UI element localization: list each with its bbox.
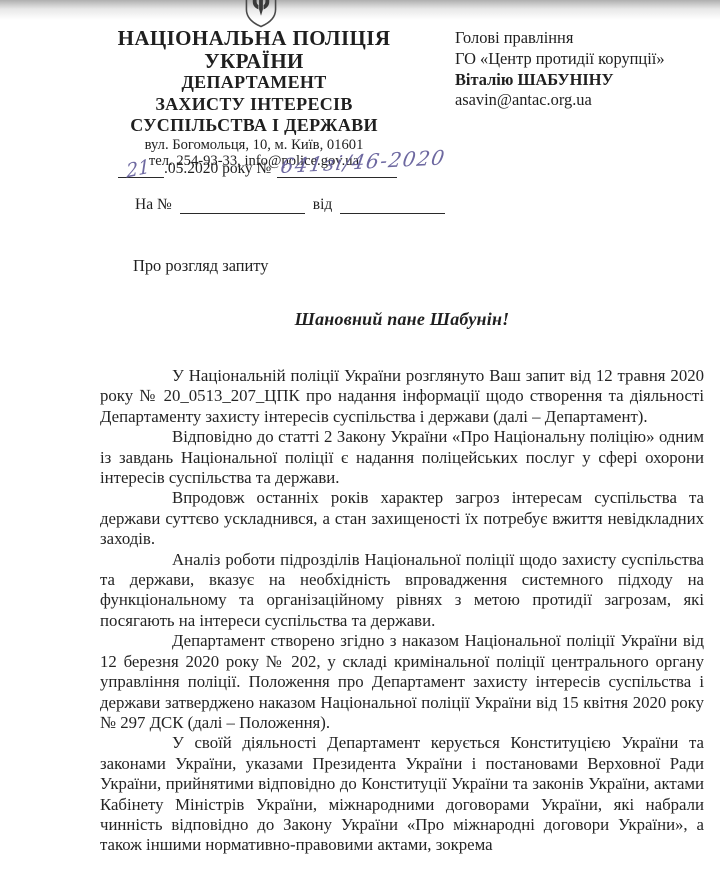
organization-header: НАЦІОНАЛЬНА ПОЛІЦІЯ УКРАЇНИ ДЕПАРТАМЕНТ … [88, 27, 420, 170]
recipient-organization: ГО «Центр протидії корупції» [455, 49, 705, 70]
recipient-email: asavin@antac.org.ua [455, 90, 705, 111]
na-label: На № [135, 196, 172, 213]
handwritten-day: 21 [126, 155, 150, 182]
reference-line: На №від [135, 196, 445, 214]
scan-top-shadow [0, 0, 720, 20]
org-title-line: НАЦІОНАЛЬНА ПОЛІЦІЯ [88, 27, 420, 50]
vid-label: від [313, 196, 333, 213]
letter-body: У Національній поліції України розглянут… [100, 366, 704, 856]
body-paragraph: Аналіз роботи підрозділів Національної п… [100, 550, 704, 632]
trident-shield-icon [242, 0, 280, 29]
recipient-block: Голові правління ГО «Центр протидії кору… [455, 28, 705, 111]
org-title-line: ДЕПАРТАМЕНТ [88, 72, 420, 94]
scanned-letter-page: НАЦІОНАЛЬНА ПОЛІЦІЯ УКРАЇНИ ДЕПАРТАМЕНТ … [0, 0, 720, 876]
reference-date-blank [340, 197, 445, 214]
date-day-blank: 21 [118, 161, 164, 178]
body-paragraph: Департамент створено згідно з наказом На… [100, 631, 704, 733]
letter-salutation: Шановний пане Шабунін! [100, 309, 704, 330]
body-paragraph: У Національній поліції України розглянут… [100, 366, 704, 427]
body-paragraph: У своїй діяльності Департамент керується… [100, 733, 704, 855]
recipient-name: Віталію ШАБУНІНУ [455, 70, 705, 91]
outgoing-number-blank: 641зі/46-2020 [277, 161, 397, 178]
body-paragraph: Відповідно до статті 2 Закону України «П… [100, 427, 704, 488]
org-title-line: УКРАЇНИ [88, 50, 420, 73]
body-paragraph: Впродовж останніх років характер загроз … [100, 488, 704, 549]
date-printed-text: .05.2020 року № [164, 160, 271, 177]
reference-number-blank [180, 197, 305, 214]
letter-subject: Про розгляд запиту [133, 256, 268, 276]
recipient-position: Голові правління [455, 28, 705, 49]
org-title-line: ЗАХИСТУ ІНТЕРЕСІВ [88, 94, 420, 116]
org-title-line: СУСПІЛЬСТВА І ДЕРЖАВИ [88, 115, 420, 137]
outgoing-date-number-line: 21.05.2020 року №641зі/46-2020 [118, 160, 478, 178]
